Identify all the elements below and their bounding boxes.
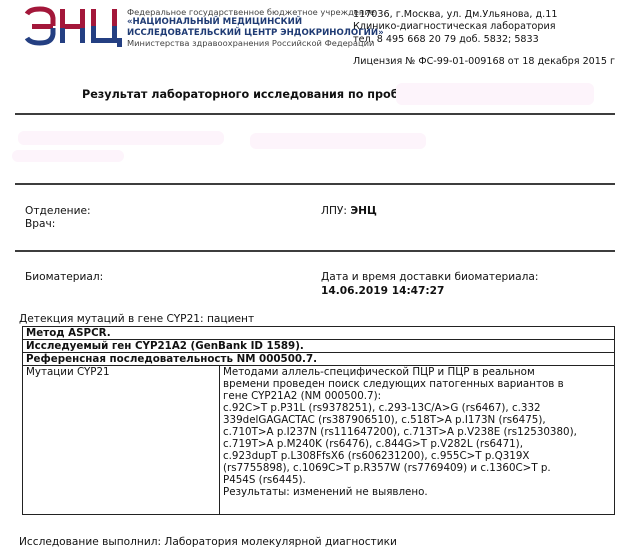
table-row: Референсная последовательность NM 000500… <box>23 353 615 366</box>
license: Лицензия № ФС-99-01-009168 от 18 декабря… <box>353 56 615 67</box>
org-line-type: Федеральное государственное бюджетное уч… <box>127 7 384 17</box>
redacted-patient-extra <box>12 150 124 162</box>
biomaterial-label: Биоматериал: <box>25 271 103 284</box>
description-line: P454S (rs6445). <box>223 474 611 486</box>
description-line: времени проведен поиск следующих патоген… <box>223 378 611 390</box>
description-line: 339delGAGACTAC (rs387906510), c.518T>A p… <box>223 414 611 426</box>
contact-block: 117036, г.Москва, ул. Дм.Ульянова, д.11 … <box>353 9 557 46</box>
redacted-patient-name <box>18 131 224 145</box>
method-cell: Метод ASPCR. <box>23 327 615 340</box>
gene-cell: Исследуемый ген CYP21A2 (GenBank ID 1589… <box>23 340 615 353</box>
table-row: Метод ASPCR. <box>23 327 615 340</box>
lab-name: Клинико-диагностическая лаборатория <box>353 21 557 33</box>
description-line: c.710T>A p.I237N (rs111647200), c.713T>A… <box>223 426 611 438</box>
performed-by: Исследование выполнил: Лаборатория молек… <box>19 536 397 548</box>
reference-cell: Референсная последовательность NM 000500… <box>23 353 615 366</box>
description-line: гене CYP21A2 (NM 000500.7): <box>223 390 611 402</box>
org-line-name-1: «НАЦИОНАЛЬНЫЙ МЕДИЦИНСКИЙ <box>127 17 384 27</box>
description-lines: Методами аллель-специфической ПЦР и ПЦР … <box>223 366 611 486</box>
divider <box>15 183 615 185</box>
divider <box>15 250 615 252</box>
org-line-name-2: ИССЛЕДОВАТЕЛЬСКИЙ ЦЕНТР ЭНДОКРИНОЛОГИИ» <box>127 28 384 38</box>
enc-logo <box>24 6 124 48</box>
redacted-lab-number <box>396 83 594 105</box>
results-section-title: Детекция мутаций в гене CYP21: пациент <box>19 313 254 325</box>
mutations-description-cell: Методами аллель-специфической ПЦР и ПЦР … <box>220 366 615 515</box>
delivery-label: Дата и время доставки биоматериала: <box>321 271 538 284</box>
redacted-patient-info <box>250 133 426 149</box>
table-row: Мутации CYP21 Методами аллель-специфичес… <box>23 366 615 515</box>
doctor-label: Врач: <box>25 218 55 231</box>
description-line: c.923dupT p.L308FfsX6 (rs606231200), c.9… <box>223 450 611 462</box>
divider <box>15 113 615 115</box>
phone: тел. 8 495 668 20 79 доб. 5832; 5833 <box>353 34 557 46</box>
lpu-value: ЭНЦ <box>350 205 376 217</box>
conclusion: Результаты: изменений не выявлено. <box>223 486 611 498</box>
delivery-datetime: 14.06.2019 14:47:27 <box>321 285 444 298</box>
department-label: Отделение: <box>25 205 91 218</box>
description-line: Методами аллель-специфической ПЦР и ПЦР … <box>223 366 611 378</box>
results-table: Метод ASPCR. Исследуемый ген CYP21A2 (Ge… <box>22 326 615 515</box>
organization-name: Федеральное государственное бюджетное уч… <box>127 7 384 48</box>
org-line-ministry: Министерства здравоохранения Российской … <box>127 38 384 48</box>
lpu-field: ЛПУ: ЭНЦ <box>321 205 377 218</box>
mutations-label-cell: Мутации CYP21 <box>23 366 220 515</box>
description-line: (rs7755898), c.1069C>T p.R357W (rs776940… <box>223 462 611 474</box>
description-line: c.719T>A p.M240K (rs6476), c.844G>T p.V2… <box>223 438 611 450</box>
table-row: Исследуемый ген CYP21A2 (GenBank ID 1589… <box>23 340 615 353</box>
lpu-label: ЛПУ: <box>321 205 347 217</box>
address: 117036, г.Москва, ул. Дм.Ульянова, д.11 <box>353 9 557 21</box>
description-line: c.92C>T p.P31L (rs9378251), c.293-13C/A>… <box>223 402 611 414</box>
